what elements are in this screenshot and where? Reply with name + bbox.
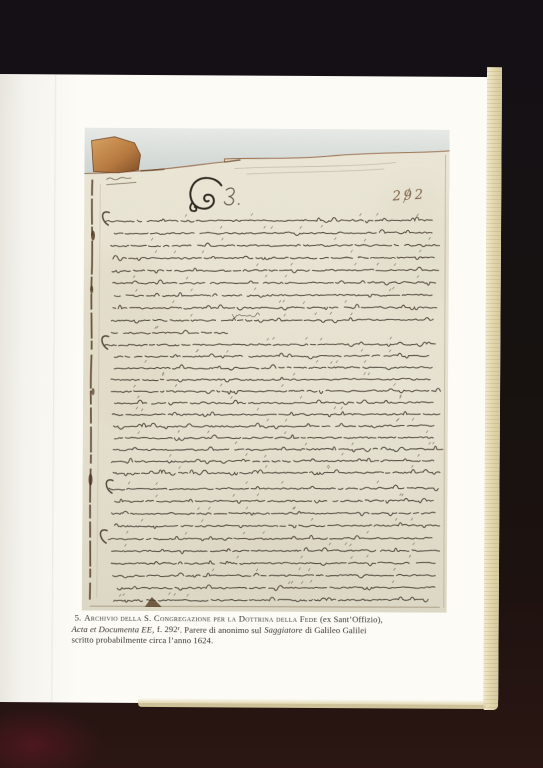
archive-suffix: (ex Sant’Offizio),	[320, 614, 383, 624]
photo-frame: 292 5.Archivio della S. Congregazione pe…	[0, 0, 543, 768]
paper-grain	[82, 128, 450, 613]
page-bottom-edge	[138, 698, 486, 709]
caption-line-3: scritto probabilmente circa l’anno 1624.	[72, 634, 472, 647]
page-fore-edge	[483, 67, 502, 710]
manuscript-photo: 292	[82, 128, 450, 613]
page-gutter-shading	[0, 74, 82, 703]
figure-caption: 5.Archivio della S. Congregazione per la…	[72, 612, 472, 647]
caption-text-pre: . Parere di anonimo sul	[180, 624, 262, 634]
caption-text-mid: di Galileo Galilei	[305, 625, 367, 635]
book-page: 292 5.Archivio della S. Congregazione pe…	[0, 74, 502, 705]
archive-name: Archivio della S. Congregazione per la D…	[84, 613, 317, 624]
figure-number: 5.	[75, 613, 82, 623]
source-title: Acta et Documenta EE,	[72, 624, 155, 635]
caption-text-end: scritto probabilmente circa l’anno 1624.	[72, 634, 214, 645]
manuscript-plate: 292	[82, 128, 450, 613]
source-folio: f. 292	[157, 624, 178, 634]
work-title: Saggiatore	[264, 625, 302, 635]
